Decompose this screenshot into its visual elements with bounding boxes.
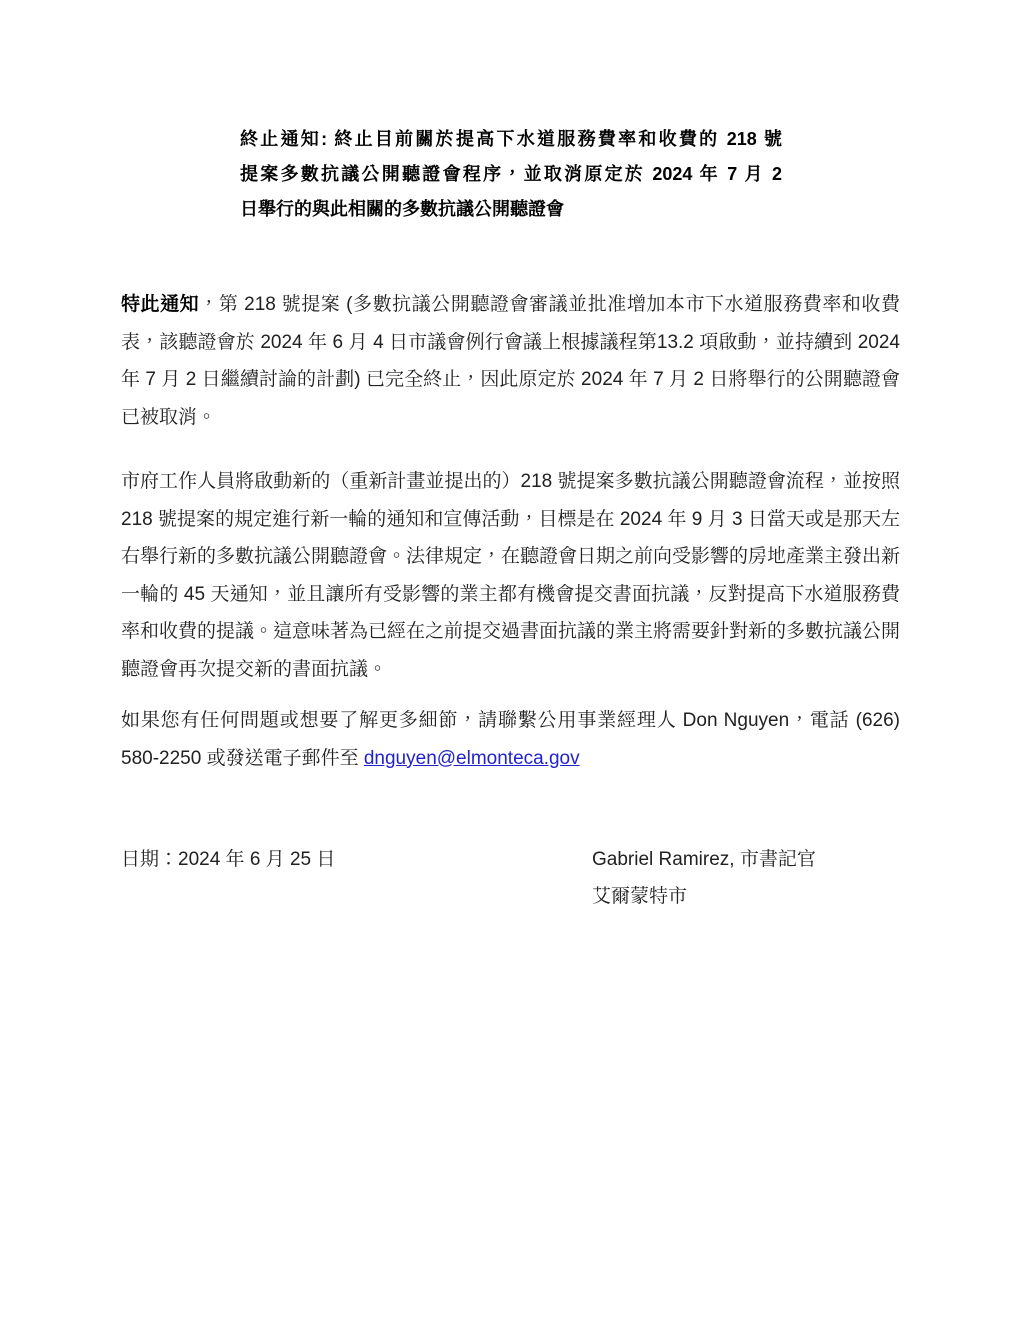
paragraph-contact: 如果您有任何問題或想要了解更多細節，請聯繫公用事業經理人 Don Nguyen，… <box>121 702 900 777</box>
footer-row: 日期：2024 年 6 月 25 日 Gabriel Ramirez, 市書記官… <box>121 841 900 915</box>
notice-title-line-3: 日舉行的與此相關的多數抗議公開聽證會 <box>240 192 782 227</box>
email-link[interactable]: dnguyen@elmonteca.gov <box>364 748 580 769</box>
notice-title-line-1: 終止通知: 終止目前關於提高下水道服務費率和收費的 218 號 <box>240 122 782 157</box>
document-page: 終止通知: 終止目前關於提高下水道服務費率和收費的 218 號 提案多數抗議公開… <box>0 0 1020 1320</box>
paragraph-notice: 特此通知，第 218 號提案 (多數抗議公開聽證會審議並批准增加本市下水道服務費… <box>121 286 900 436</box>
paragraph-process: 市府工作人員將啟動新的（重新計畫並提出的）218 號提案多數抗議公開聽證會流程，… <box>121 463 900 688</box>
notice-title: 終止通知: 終止目前關於提高下水道服務費率和收費的 218 號 提案多數抗議公開… <box>240 122 782 227</box>
date-line: 日期：2024 年 6 月 25 日 <box>121 841 592 915</box>
signature-block: Gabriel Ramirez, 市書記官 艾爾蒙特市 <box>592 841 900 915</box>
notice-title-line-2: 提案多數抗議公開聽證會程序，並取消原定於 2024 年 7 月 2 <box>240 157 782 192</box>
signer-city: 艾爾蒙特市 <box>592 878 900 915</box>
notice-body: ，第 218 號提案 (多數抗議公開聽證會審議並批准增加本市下水道服務費率和收費… <box>121 294 900 428</box>
signer-name: Gabriel Ramirez, 市書記官 <box>592 841 900 878</box>
notice-lead: 特此通知 <box>121 294 199 315</box>
